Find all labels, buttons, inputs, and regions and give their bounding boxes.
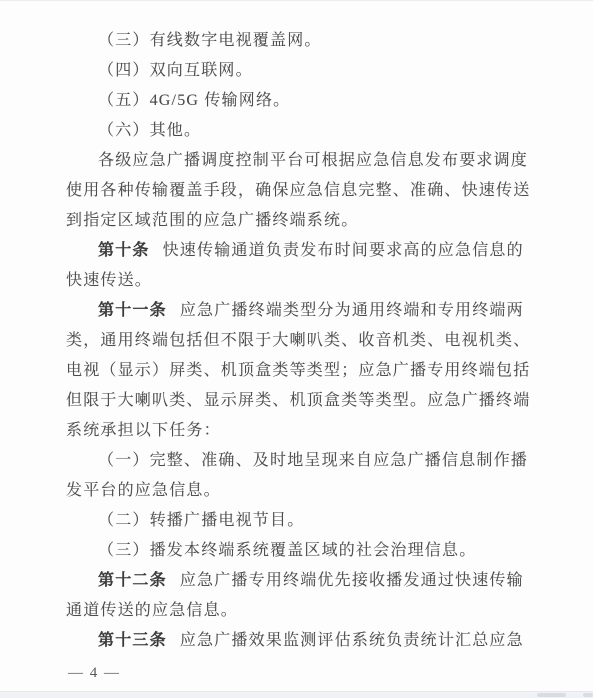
text-line: （五）4G/5G 传输网络。 xyxy=(66,86,532,116)
text-line: （六）其他。 xyxy=(66,116,532,146)
text-run: （三）有线数字电视覆盖网。 xyxy=(98,32,322,49)
article-heading: 第十条 xyxy=(98,242,150,259)
page-top-edge xyxy=(0,0,593,1)
text-line: 第十二条应急广播专用终端优先接收播发通过快速传输 xyxy=(66,566,532,596)
text-run: 应急广播终端类型分为通用终端和专用终端两 xyxy=(180,302,524,319)
text-line: 第十三条应急广播效果监测评估系统负责统计汇总应急 xyxy=(66,626,532,656)
article-heading: 第十三条 xyxy=(98,632,167,649)
scrollbar-corner xyxy=(583,693,593,697)
horizontal-scrollbar[interactable] xyxy=(0,691,593,698)
article-heading: 第十二条 xyxy=(98,572,167,589)
text-line: （二）转播广播电视节目。 xyxy=(66,506,532,536)
text-run: 系统承担以下任务： xyxy=(66,422,221,439)
text-line: 各级应急广播调度控制平台可根据应急信息发布要求调度 xyxy=(66,146,532,176)
text-run: （五）4G/5G 传输网络。 xyxy=(98,92,290,109)
text-line: 系统承担以下任务： xyxy=(66,416,532,446)
text-run: 使用各种传输覆盖手段，确保应急信息完整、准确、快速传送 xyxy=(66,182,530,199)
text-run: （六）其他。 xyxy=(98,122,201,139)
text-line: 第十条快速传输通道负责发布时间要求高的应急信息的 xyxy=(66,236,532,266)
text-line: 通道传送的应急信息。 xyxy=(66,596,532,626)
text-run: 应急广播专用终端优先接收播发通过快速传输 xyxy=(180,572,524,589)
text-line: 第十一条应急广播终端类型分为通用终端和专用终端两 xyxy=(66,296,532,326)
text-run: 应急广播效果监测评估系统负责统计汇总应急 xyxy=(180,632,524,649)
document-body: （三）有线数字电视覆盖网。（四）双向互联网。（五）4G/5G 传输网络。（六）其… xyxy=(66,26,532,656)
scrollbar-thumb[interactable] xyxy=(537,693,566,697)
text-run: 类，通用终端包括但不限于大喇叭类、收音机类、电视机类、 xyxy=(66,332,530,349)
text-line: （四）双向互联网。 xyxy=(66,56,532,86)
text-run: 快速传送。 xyxy=(66,272,152,289)
text-run: 通道传送的应急信息。 xyxy=(66,602,238,619)
document-viewer: （三）有线数字电视覆盖网。（四）双向互联网。（五）4G/5G 传输网络。（六）其… xyxy=(0,0,593,698)
text-run: 各级应急广播调度控制平台可根据应急信息发布要求调度 xyxy=(98,152,528,169)
text-run: （一）完整、准确、及时地呈现来自应急广播信息制作播 xyxy=(98,452,528,469)
text-line: 使用各种传输覆盖手段，确保应急信息完整、准确、快速传送 xyxy=(66,176,532,206)
text-line: 类，通用终端包括但不限于大喇叭类、收音机类、电视机类、 xyxy=(66,326,532,356)
text-line: （一）完整、准确、及时地呈现来自应急广播信息制作播 xyxy=(66,446,532,476)
text-line: 发平台的应急信息。 xyxy=(66,476,532,506)
text-line: （三）播发本终端系统覆盖区域的社会治理信息。 xyxy=(66,536,532,566)
text-run: （二）转播广播电视节目。 xyxy=(98,512,304,529)
text-run: 发平台的应急信息。 xyxy=(66,482,221,499)
text-run: 电视（显示）屏类、机顶盒类等类型；应急广播专用终端包括 xyxy=(66,362,530,379)
text-run: 但限于大喇叭类、显示屏类、机顶盒类等类型。应急广播终端 xyxy=(66,392,530,409)
article-heading: 第十一条 xyxy=(98,302,167,319)
text-run: （三）播发本终端系统覆盖区域的社会治理信息。 xyxy=(98,542,476,559)
page-number: — 4 — xyxy=(68,661,121,685)
text-line: 到指定区域范围的应急广播终端系统。 xyxy=(66,206,532,236)
text-line: （三）有线数字电视覆盖网。 xyxy=(66,26,532,56)
text-run: 到指定区域范围的应急广播终端系统。 xyxy=(66,212,358,229)
text-run: 快速传输通道负责发布时间要求高的应急信息的 xyxy=(163,242,524,259)
text-run: （四）双向互联网。 xyxy=(98,62,253,79)
text-line: 但限于大喇叭类、显示屏类、机顶盒类等类型。应急广播终端 xyxy=(66,386,532,416)
text-line: 快速传送。 xyxy=(66,266,532,296)
text-line: 电视（显示）屏类、机顶盒类等类型；应急广播专用终端包括 xyxy=(66,356,532,386)
